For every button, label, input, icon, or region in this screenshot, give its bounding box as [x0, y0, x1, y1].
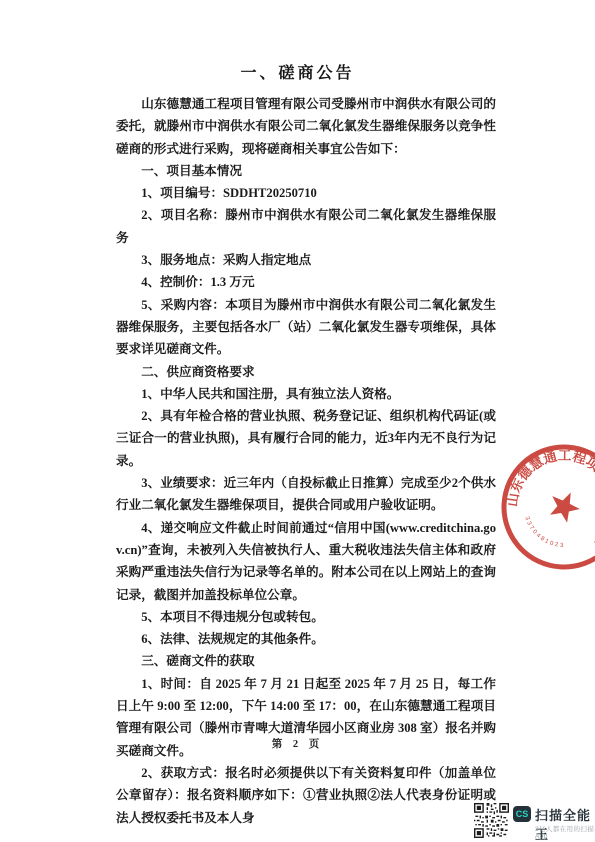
item-procurement-content: 5、采购内容：本项目为滕州市中润供水有限公司二氧化氯发生器维保服务，主要包括各水… — [116, 294, 496, 361]
item-control-price: 4、控制价：1.3 万元 — [116, 271, 496, 293]
camscanner-tagline: 3亿人都在用的扫描App — [535, 824, 595, 840]
camscanner-logo-icon: CS — [513, 806, 531, 822]
scanned-document-page: 一、磋商公告 山东德慧通工程项目管理有限公司受滕州市中润供水有限公司的委托，就滕… — [0, 0, 595, 842]
seal-code-number: 3370481023 — [517, 514, 571, 553]
section-3-heading: 三、磋商文件的获取 — [116, 650, 496, 672]
item-qualification-2: 2、具有年检合格的营业执照、税务登记证、组织机构代码证(或三证合一的营业执照)，… — [116, 405, 496, 472]
document-body: 山东德慧通工程项目管理有限公司受滕州市中润供水有限公司的委托，就滕州市中润供水有… — [116, 93, 496, 829]
item-qualification-3: 3、业绩要求：近三年内（自投标截止日推算）完成至少2个供水行业二氧化氯发生器维保… — [116, 472, 496, 517]
intro-paragraph: 山东德慧通工程项目管理有限公司受滕州市中润供水有限公司的委托，就滕州市中润供水有… — [116, 93, 496, 160]
item-qualification-4: 4、递交响应文件截止时间前通过“信用中国(www.creditchina.gov… — [116, 517, 496, 606]
svg-text:3370481023: 3370481023 — [517, 514, 571, 553]
section-1-heading: 一、项目基本情况 — [116, 160, 496, 182]
qr-code-icon — [474, 803, 509, 838]
seal-star-icon — [545, 486, 585, 525]
item-qualification-6: 6、法律、法规规定的其他条件。 — [116, 628, 496, 650]
item-service-location: 3、服务地点：采购人指定地点 — [116, 249, 496, 271]
section-2-heading: 二、供应商资格要求 — [116, 361, 496, 383]
item-qualification-1: 1、中华人民共和国注册，具有独立法人资格。 — [116, 383, 496, 405]
item-qualification-5: 5、本项目不得违规分包或转包。 — [116, 606, 496, 628]
company-seal-stamp: 山东德慧通工程项目管理有限公司 3370481023 — [494, 437, 595, 577]
item-obtain-method: 2、获取方式：报名时必须提供以下有关资料复印件（加盖单位公章留存）：报名资料顺序… — [116, 762, 496, 829]
page-number: 第 2 页 — [0, 736, 595, 751]
item-project-name: 2、项目名称：滕州市中润供水有限公司二氧化氯发生器维保服务 — [116, 204, 496, 249]
item-project-number: 1、项目编号：SDDHT20250710 — [116, 182, 496, 204]
page-title: 一、磋商公告 — [0, 60, 595, 83]
